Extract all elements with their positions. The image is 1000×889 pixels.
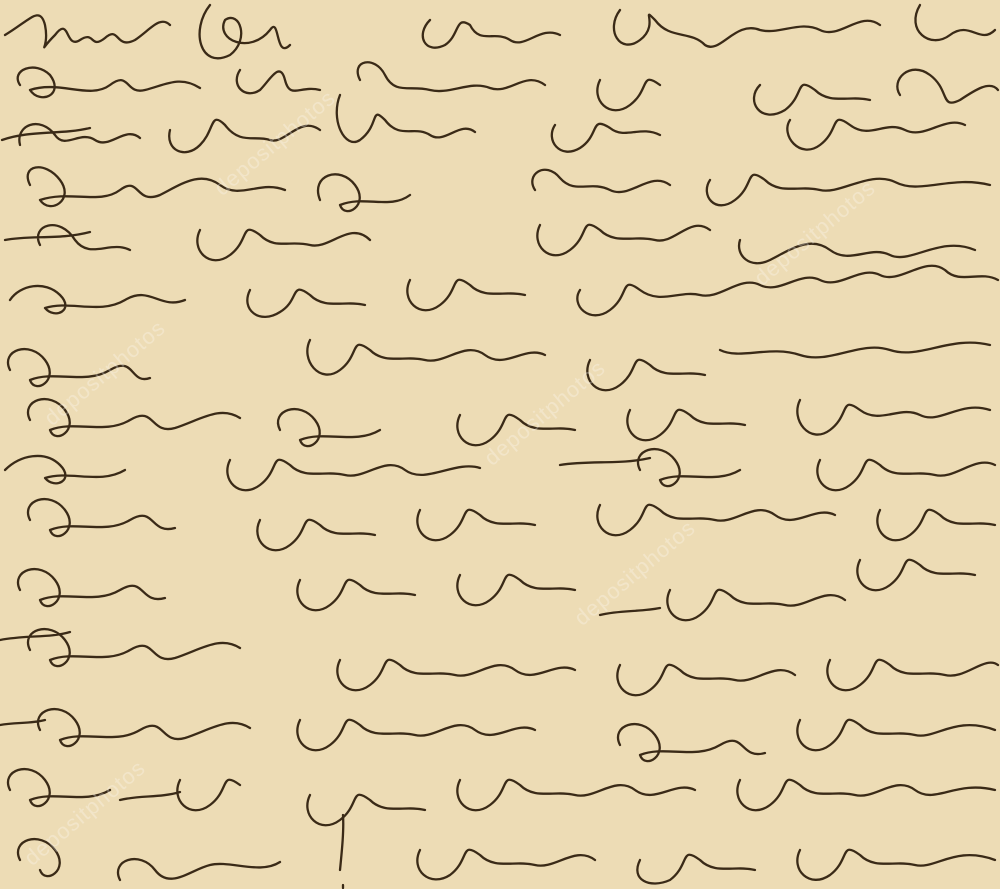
handwriting-pattern: depositphotos depositphotos depositphoto… [0,0,1000,889]
